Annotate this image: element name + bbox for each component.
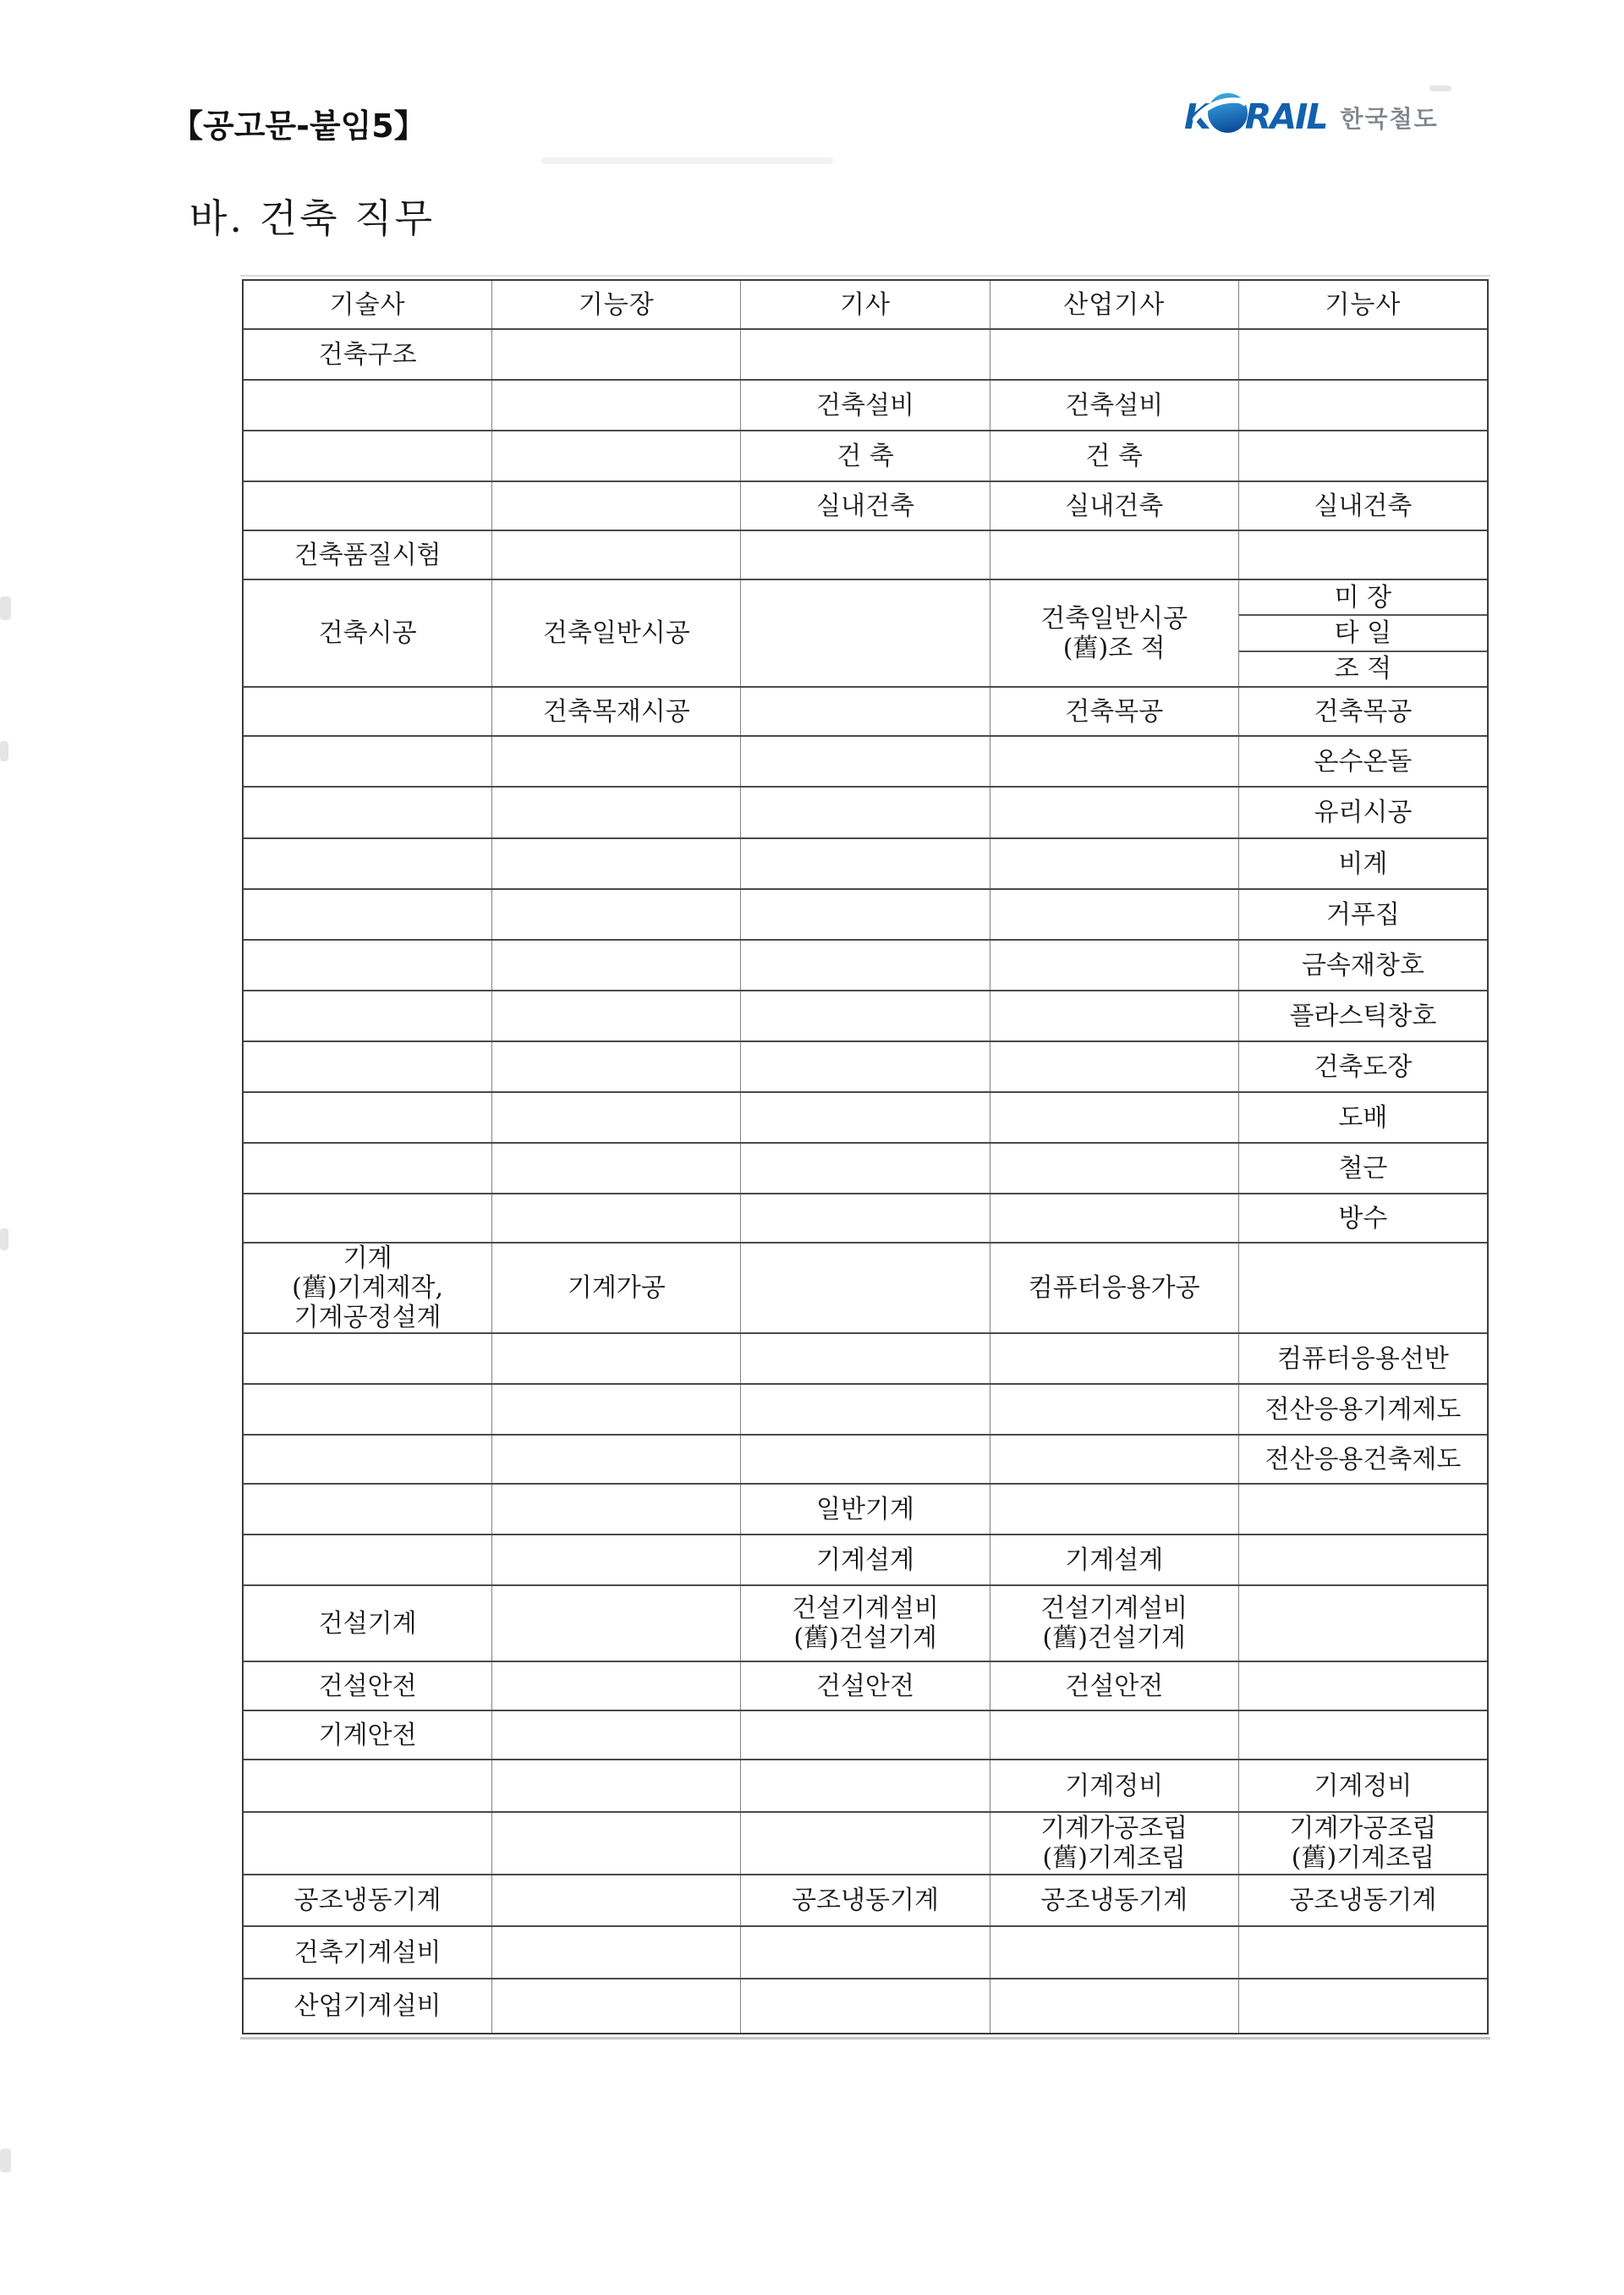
korail-globe-icon [1208,93,1248,133]
column-header-text: 기능장 [579,290,655,320]
cell-text: 조 적 [1335,654,1392,684]
cell-text: 비계 [1338,849,1387,879]
table-cell [990,1042,1239,1091]
scan-artifact [0,596,11,620]
table-cell [990,531,1239,579]
table-cell [1239,1485,1487,1534]
table-header-row: 기술사 기능장 기사 산업기사 기능사 [244,281,1487,330]
table-row: 산업기계설비 [244,1979,1487,2033]
table-cell: 기계정비 [990,1760,1239,1811]
table-cell: 기계가공 [492,1244,741,1332]
table-row: 기계가공조립(舊)기계조립기계가공조립(舊)기계조립 [244,1813,1487,1875]
table-cell [244,482,492,530]
cell-text: 건축목공 [1065,697,1163,727]
table-cell [990,1194,1239,1242]
table-cell [1239,1927,1487,1978]
table-cell [244,1813,492,1874]
document-page: 【공고문-붙임5】 K RAIL 한국철도 바. 건축 직무 기술사 기 [0,0,1624,2295]
column-header-text: 기사 [840,290,891,320]
table-cell: 건설기계 [244,1586,492,1661]
table-cell [741,991,990,1040]
table-cell [244,1485,492,1534]
table-cell: 기계가공조립(舊)기계조립 [1239,1813,1487,1874]
table-cell: 건축목재시공 [492,688,741,735]
cell-text: (舊)건설기계 [793,1623,936,1653]
table-cell [492,431,741,480]
table-cell: 공조냉동기계 [244,1875,492,1925]
cell-text: 건축목재시공 [543,697,690,727]
table-cell [244,1535,492,1584]
table-cell [492,1385,741,1434]
table-cell [990,1436,1239,1483]
column-header-text: 산업기사 [1063,290,1165,320]
table-cell: 건 축 [741,431,990,480]
cell-text: 실내건축 [816,491,914,521]
cell-text: 건축일반시공 [543,618,690,648]
table-cell [990,1385,1239,1434]
table-cell: 방수 [1239,1194,1487,1242]
section-title: 바. 건축 직무 [189,188,435,244]
table-cell [741,688,990,735]
table-cell [1239,330,1487,379]
table-cell [990,788,1239,837]
column-header-craftsman: 기능사 [1239,281,1487,328]
table-cell: 건축일반시공 [492,580,741,686]
cell-text: 기계가공 [568,1273,666,1303]
table-cell: 공조냉동기계 [741,1875,990,1925]
table-cell [741,1760,990,1811]
table-cell: 건설기계설비(舊)건설기계 [741,1586,990,1661]
table-cell: 일반기계 [741,1485,990,1534]
cell-text: 건축설비 [1065,391,1163,420]
table-row: 컴퓨터응용선반 [244,1334,1487,1385]
table-cell [492,1535,741,1584]
table-cell [492,1711,741,1759]
table-cell: 온수온돌 [1239,737,1487,786]
table-cell: 건축시공 [244,580,492,686]
table-row: 건축도장 [244,1042,1487,1093]
table-cell [990,330,1239,379]
cell-text: 일반기계 [816,1495,914,1524]
cell-text: 컴퓨터응용가공 [1029,1273,1200,1303]
table-cell [741,890,990,939]
table-cell [1239,431,1487,480]
table-row: 기계정비기계정비 [244,1760,1487,1813]
table-cell [492,1927,741,1978]
cell-text: (舊)건설기계 [1043,1623,1186,1653]
cell-text: (舊)조 적 [1063,634,1166,663]
table-cell [1239,1535,1487,1584]
table-cell [990,1093,1239,1142]
table-cell [1239,1244,1487,1332]
table-cell [244,737,492,786]
table-cell [492,788,741,837]
table-cell [492,1194,741,1242]
table-cell: 건축설비 [990,381,1239,430]
table-cell [990,1144,1239,1193]
table-cell [492,1093,741,1142]
table-cell [492,1979,741,2033]
table-cell [741,1244,990,1332]
table-cell: 전산응용건축제도 [1239,1436,1487,1483]
table-subcell: 타 일 [1239,616,1487,651]
table-cell [741,788,990,837]
table-row: 거푸집 [244,890,1487,941]
table-cell: 기계(舊)기계제작,기계공정설계 [244,1244,492,1332]
cell-text: 플라스틱창호 [1289,1002,1436,1031]
cell-text: 전산응용건축제도 [1265,1445,1461,1474]
table-cell [990,839,1239,888]
table-cell [492,1436,741,1483]
scan-artifact [541,157,833,164]
table-row: 건설기계건설기계설비(舊)건설기계건설기계설비(舊)건설기계 [244,1586,1487,1662]
cell-text: 거푸집 [1326,900,1400,930]
cell-text: 타 일 [1335,618,1392,648]
table-cell: 유리시공 [1239,788,1487,837]
table-cell: 건축일반시공(舊)조 적 [990,580,1239,686]
table-cell [990,1711,1239,1759]
table-cell: 공조냉동기계 [1239,1875,1487,1925]
cell-text: 기계가공조립 [1040,1814,1188,1843]
table-cell [1239,1711,1487,1759]
cell-text: 철근 [1338,1154,1387,1183]
table-cell [244,1760,492,1811]
cell-text: 기계정비 [1314,1771,1412,1801]
table-cell [741,1042,990,1091]
table-row: 방수 [244,1194,1487,1244]
table-cell [741,1144,990,1193]
table-cell [492,737,741,786]
table-row: 건축설비건축설비 [244,381,1487,431]
table-cell [1239,531,1487,579]
scan-artifact [0,741,8,761]
table-cell [244,1385,492,1434]
table-cell [492,381,741,430]
cell-text: 금속재창호 [1302,951,1424,980]
table-cell [741,580,990,686]
cell-text: 건설기계설비 [792,1594,939,1623]
table-row: 일반기계 [244,1485,1487,1535]
column-header-master-craftsman: 기능장 [492,281,741,328]
cell-text: 건축설비 [816,391,914,420]
table-cell: 건축설비 [741,381,990,430]
column-header-technical-engineer: 기술사 [244,281,492,328]
cell-text: 기계설계 [816,1546,914,1575]
table-cell: 실내건축 [741,482,990,530]
cell-text: 기계설계 [1065,1546,1163,1575]
table-cell: 컴퓨터응용선반 [1239,1334,1487,1383]
cell-text: 기계가공조립 [1289,1814,1436,1843]
cell-text: 공조냉동기계 [792,1886,939,1915]
table-cell [492,991,741,1040]
cell-text: 건축구조 [319,340,417,370]
table-cell [1239,381,1487,430]
table-cell [244,1093,492,1142]
wordmark-rail: RAIL [1245,100,1327,135]
table-cell [492,1485,741,1534]
table-cell: 기계정비 [1239,1760,1487,1811]
table-cell: 기계설계 [741,1535,990,1584]
cell-text: 실내건축 [1065,491,1163,521]
korail-logo: K RAIL 한국철도 [1184,90,1439,144]
table-cell: 실내건축 [1239,482,1487,530]
table-cell: 건설기계설비(舊)건설기계 [990,1586,1239,1661]
table-row: 플라스틱창호 [244,991,1487,1042]
cell-text: 도배 [1338,1103,1387,1133]
table-cell: 거푸집 [1239,890,1487,939]
table-cell: 실내건축 [990,482,1239,530]
table-row: 철근 [244,1144,1487,1194]
table-row: 건 축건 축 [244,431,1487,482]
table-cell: 건축목공 [1239,688,1487,735]
table-cell [244,788,492,837]
korail-wordmark: K RAIL [1184,100,1326,135]
table-row: 건축시공건축일반시공건축일반시공(舊)조 적미 장타 일조 적 [244,580,1487,688]
cell-text: (舊)기계조립 [1292,1843,1435,1873]
table-cell: 기계설계 [990,1535,1239,1584]
table-subcell: 미 장 [1239,580,1487,616]
table-row: 온수온돌 [244,737,1487,788]
table-cell [492,330,741,379]
table-row: 기계(舊)기계제작,기계공정설계기계가공컴퓨터응용가공 [244,1244,1487,1334]
cell-text: 건 축 [1085,442,1143,471]
table-cell [741,1436,990,1483]
table-cell [741,1385,990,1434]
table-cell [990,1979,1239,2033]
table-cell [990,1334,1239,1383]
table-cell [492,1586,741,1661]
table-cell: 건축목공 [990,688,1239,735]
cell-text: 온수온돌 [1314,747,1412,777]
table-cell: 건설안전 [990,1662,1239,1710]
table-row: 금속재창호 [244,941,1487,991]
cell-text: 유리시공 [1314,798,1412,827]
column-header-text: 기능사 [1325,290,1401,320]
table-cell: 건 축 [990,431,1239,480]
table-cell [492,1334,741,1383]
qualification-table: 기술사 기능장 기사 산업기사 기능사 건축구조건축설비건축설비건 축건 축실내… [242,279,1489,2034]
cell-text: 건축도장 [1314,1052,1412,1082]
table-row: 유리시공 [244,788,1487,839]
table-row: 건설안전건설안전건설안전 [244,1662,1487,1711]
cell-text: 건축품질시험 [294,541,442,570]
table-cell [244,381,492,430]
table-cell [244,1334,492,1383]
table-cell [741,330,990,379]
table-cell [990,1485,1239,1534]
cell-text: 건축일반시공 [1040,604,1188,634]
table-cell: 금속재창호 [1239,941,1487,990]
korail-korean-label: 한국철도 [1340,101,1438,135]
table-cell [492,890,741,939]
table-row: 실내건축실내건축실내건축 [244,482,1487,531]
table-cell [244,991,492,1040]
table-cell [492,1662,741,1710]
table-cell [741,1979,990,2033]
scan-artifact [0,1228,8,1250]
table-row: 전산응용기계제도 [244,1385,1487,1436]
scan-artifact [0,2149,11,2172]
cell-text: 미 장 [1335,583,1392,612]
table-cell [244,1144,492,1193]
table-cell [990,941,1239,990]
cell-text: 기계정비 [1065,1771,1163,1801]
table-cell: 컴퓨터응용가공 [990,1244,1239,1332]
table-row: 기계설계기계설계 [244,1535,1487,1586]
table-cell [741,737,990,786]
table-row: 건축품질시험 [244,531,1487,580]
table-cell [1239,1586,1487,1661]
table-cell: 도배 [1239,1093,1487,1142]
table-cell [492,941,741,990]
table-cell [244,890,492,939]
table-cell [990,890,1239,939]
table-cell [741,531,990,579]
table-cell [492,1042,741,1091]
cell-text: 공조냉동기계 [1040,1886,1188,1915]
cell-text: 공조냉동기계 [294,1886,442,1915]
table-cell [741,839,990,888]
table-body: 건축구조건축설비건축설비건 축건 축실내건축실내건축실내건축건축품질시험건축시공… [244,330,1487,2033]
cell-text: 건설안전 [816,1672,914,1701]
table-row: 건축기계설비 [244,1927,1487,1979]
table-cell [244,1042,492,1091]
cell-text: 전산응용기계제도 [1265,1395,1461,1425]
table-cell [492,839,741,888]
attachment-label: 【공고문-붙임5】 [171,100,426,146]
table-cell [990,991,1239,1040]
cell-text: 건 축 [837,442,894,471]
table-cell: 미 장타 일조 적 [1239,580,1487,686]
cell-text: 실내건축 [1314,491,1412,521]
cell-text: 건설안전 [319,1672,417,1701]
cell-text: 건축시공 [319,618,417,648]
cell-text: 기계공정설계 [294,1303,442,1332]
table-row: 전산응용건축제도 [244,1436,1487,1485]
cell-text: (舊)기계제작, [292,1273,443,1303]
table-cell [741,1927,990,1978]
cell-text: 건설안전 [1065,1672,1163,1701]
cell-text: 산업기계설비 [294,1991,442,2021]
table-cell [492,482,741,530]
cell-text: 공조냉동기계 [1289,1886,1436,1915]
table-cell [1239,1979,1487,2033]
column-header-engineer: 기사 [741,281,990,328]
table-row: 비계 [244,839,1487,890]
table-cell [741,1093,990,1142]
table-cell [244,839,492,888]
cell-text: 건설기계설비 [1040,1594,1188,1623]
table-cell [741,941,990,990]
cell-text: 컴퓨터응용선반 [1277,1344,1449,1374]
table-cell: 건축품질시험 [244,531,492,579]
table-row: 건축목재시공건축목공건축목공 [244,688,1487,737]
table-cell: 건축기계설비 [244,1927,492,1978]
table-cell: 공조냉동기계 [990,1875,1239,1925]
table-cell [244,1436,492,1483]
cell-text: 건축기계설비 [294,1938,442,1968]
table-row: 도배 [244,1093,1487,1144]
table-cell [492,1760,741,1811]
table-cell [1239,1662,1487,1710]
table-cell: 전산응용기계제도 [1239,1385,1487,1434]
table-cell [244,688,492,735]
table-subcell: 조 적 [1239,652,1487,686]
table-row: 건축구조 [244,330,1487,381]
table-cell: 건축구조 [244,330,492,379]
table-cell: 건설안전 [244,1662,492,1710]
cell-text: (舊)기계조립 [1043,1843,1186,1873]
table-cell: 철근 [1239,1144,1487,1193]
table-cell: 산업기계설비 [244,1979,492,2033]
table-cell: 기계안전 [244,1711,492,1759]
scan-artifact [1429,85,1451,91]
table-cell [741,1194,990,1242]
table-cell: 기계가공조립(舊)기계조립 [990,1813,1239,1874]
table-cell [741,1813,990,1874]
table-cell: 건축도장 [1239,1042,1487,1091]
column-header-industrial-engineer: 산업기사 [990,281,1239,328]
cell-text: 건축목공 [1314,697,1412,727]
table-cell [990,737,1239,786]
cell-text: 건설기계 [319,1609,417,1639]
table-cell [741,1711,990,1759]
table-cell [741,1334,990,1383]
table-cell [492,1813,741,1874]
table-cell [244,941,492,990]
table-cell [990,1927,1239,1978]
table-cell [492,1144,741,1193]
table-cell: 건설안전 [741,1662,990,1710]
table-cell: 비계 [1239,839,1487,888]
cell-text: 방수 [1338,1204,1387,1233]
table-cell: 플라스틱창호 [1239,991,1487,1040]
cell-text: 기계안전 [319,1721,417,1750]
table-cell [492,531,741,579]
table-row: 기계안전 [244,1711,1487,1760]
table-row: 공조냉동기계공조냉동기계공조냉동기계공조냉동기계 [244,1875,1487,1927]
cell-text: 기계 [343,1244,392,1273]
table-cell [244,1194,492,1242]
table-cell [244,431,492,480]
table-cell [492,1875,741,1925]
column-header-text: 기술사 [330,290,406,320]
